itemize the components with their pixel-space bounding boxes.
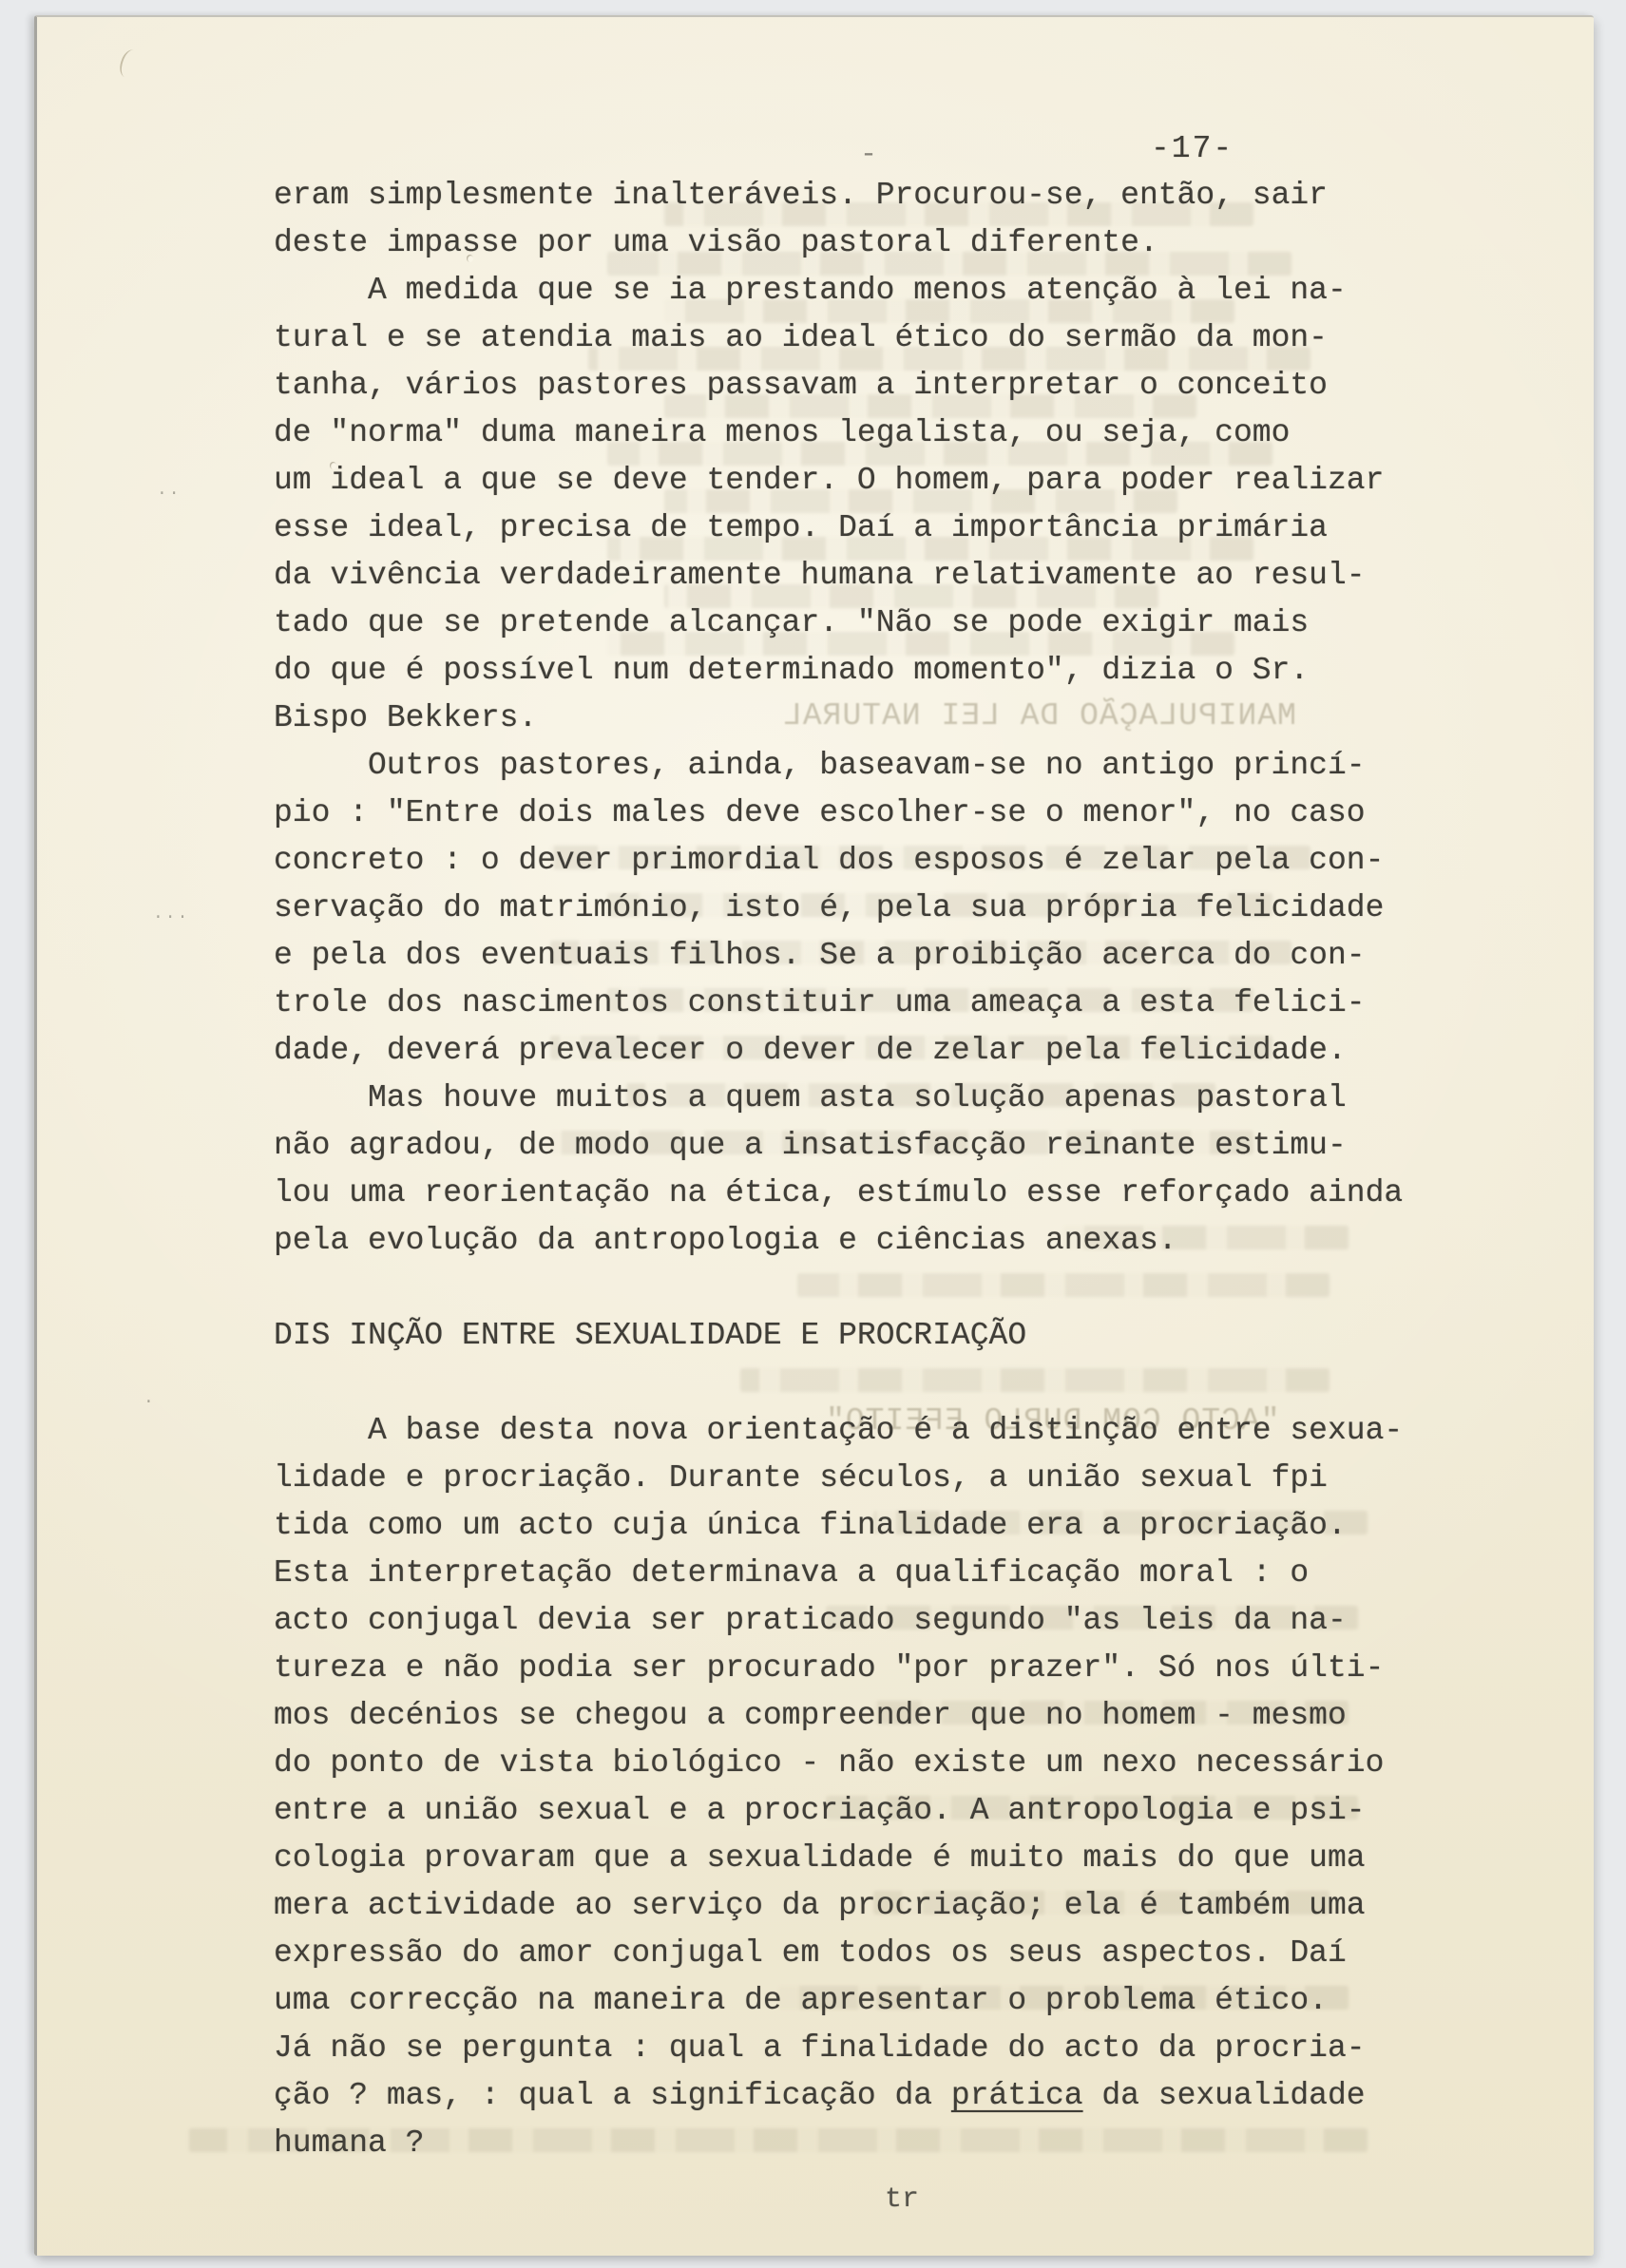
text-line: Já não se pergunta : qual a finalidade d… (274, 2025, 1452, 2072)
text-line: humana ? (274, 2120, 1452, 2167)
text-line: A medida que se ia prestando menos atenç… (274, 267, 1452, 314)
paragraph: Mas houve muitos a quem asta solução ape… (274, 1075, 1452, 1265)
paragraph: A base desta nova orientação é a distinç… (274, 1407, 1452, 2167)
text-line: dade, deverá prevalecer o dever de zelar… (274, 1027, 1452, 1075)
text-line: tural e se atendia mais ao ideal ético d… (274, 314, 1452, 362)
text-line: pio : "Entre dois males deve escolher-se… (274, 790, 1452, 837)
text-line: tado que se pretende alcançar. "Não se p… (274, 600, 1452, 647)
text-line: A base desta nova orientação é a distinç… (274, 1407, 1452, 1455)
margin-stray-mark: · (143, 1393, 156, 1412)
paper-speck (330, 462, 336, 469)
text-line: de "norma" duma maneira menos legalista,… (274, 410, 1452, 457)
text-line: tureza e não podia ser procurado "por pr… (274, 1645, 1452, 1692)
paragraph: A medida que se ia prestando menos atenç… (274, 267, 1452, 742)
text-line: trole dos nascimentos constituir uma ame… (274, 980, 1452, 1027)
text-line: entre a união sexual e a procriação. A a… (274, 1787, 1452, 1835)
text-line: eram simplesmente inalteráveis. Procurou… (274, 172, 1452, 219)
document-page: MANIPULAÇÃO DA LEI NATURAL "ACTO COM DUP… (34, 15, 1594, 2256)
margin-stray-mark: ·· (157, 485, 182, 504)
footer-mark: tr (885, 2183, 919, 2216)
text-line: Outros pastores, ainda, baseavam-se no a… (274, 742, 1452, 790)
text-line: expressão do amor conjugal em todos os s… (274, 1930, 1452, 1977)
text-line: Bispo Bekkers. (274, 695, 1452, 742)
text-line: esse ideal, precisa de tempo. Daí a impo… (274, 505, 1452, 552)
text-line: Mas houve muitos a quem asta solução ape… (274, 1075, 1452, 1122)
text-line: acto conjugal devia ser praticado segund… (274, 1597, 1452, 1645)
paper-speck (467, 255, 473, 262)
stray-dash-mark: - (860, 139, 877, 171)
text-line: mera actividade ao serviço da procriação… (274, 1882, 1452, 1930)
text-line: uma correcção na maneira de apresentar o… (274, 1977, 1452, 2025)
underlined-word: prática (951, 2078, 1083, 2113)
text-line: e pela dos eventuais filhos. Se a proibi… (274, 932, 1452, 980)
text-line: Esta interpretação determinava a qualifi… (274, 1550, 1452, 1597)
text-line: deste impasse por uma visão pastoral dif… (274, 219, 1452, 267)
page-number: -17- (1151, 131, 1234, 166)
line-text: ção ? mas, : qual a significação da (274, 2078, 951, 2113)
text-line: da vivência verdadeiramente humana relat… (274, 552, 1452, 600)
text-line: lidade e procriação. Durante séculos, a … (274, 1455, 1452, 1502)
text-line: concreto : o dever primordial dos esposo… (274, 837, 1452, 885)
text-line: do ponto de vista biológico - não existe… (274, 1740, 1452, 1787)
line-text: da sexualidade (1083, 2078, 1366, 2113)
paragraph: eram simplesmente inalteráveis. Procurou… (274, 172, 1452, 267)
text-line: um ideal a que se deve tender. O homem, … (274, 457, 1452, 505)
text-line: cologia provaram que a sexualidade é mui… (274, 1835, 1452, 1882)
text-line: do que é possível num determinado moment… (274, 647, 1452, 695)
text-line: tanha, vários pastores passavam a interp… (274, 362, 1452, 410)
text-line: lou uma reorientação na ética, estímulo … (274, 1170, 1452, 1217)
paragraph: Outros pastores, ainda, baseavam-se no a… (274, 742, 1452, 1075)
text-line: não agradou, de modo que a insatisfacção… (274, 1122, 1452, 1170)
text-line: mos decénios se chegou a compreender que… (274, 1692, 1452, 1740)
text-line: ção ? mas, : qual a significação da prát… (274, 2072, 1452, 2120)
text-block: eram simplesmente inalteráveis. Procurou… (274, 172, 1452, 2167)
scanner-background: MANIPULAÇÃO DA LEI NATURAL "ACTO COM DUP… (0, 0, 1626, 2268)
margin-stray-mark: ··· (153, 908, 189, 927)
text-line: pela evolução da antropologia e ciências… (274, 1217, 1452, 1265)
section-heading: DIS INÇÃO ENTRE SEXUALIDADE E PROCRIAÇÃO (274, 1312, 1452, 1360)
text-line: tida como um acto cuja única finalidade … (274, 1502, 1452, 1550)
text-line: servação do matrimónio, isto é, pela sua… (274, 885, 1452, 932)
